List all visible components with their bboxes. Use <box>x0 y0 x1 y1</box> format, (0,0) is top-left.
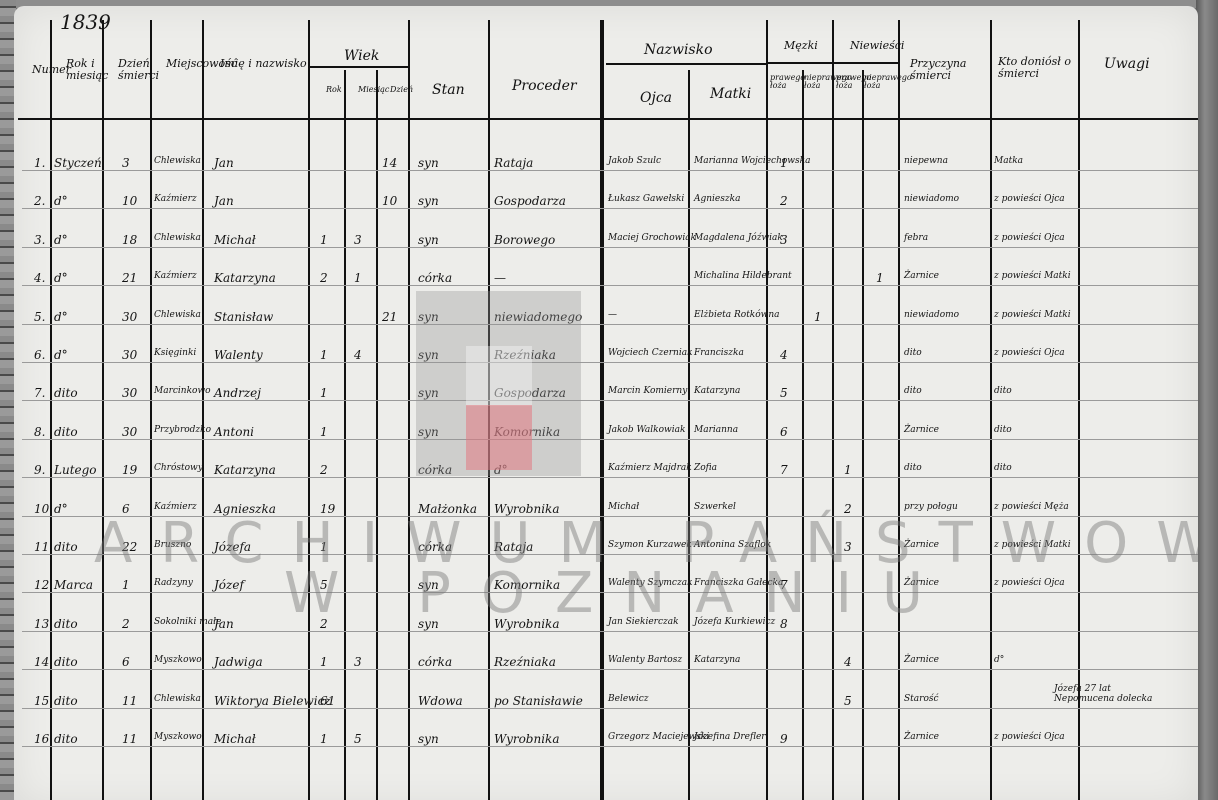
row-stan: syn <box>418 578 439 592</box>
row-month: dito <box>54 617 78 631</box>
row-month: d° <box>54 502 68 516</box>
row-stan: syn <box>418 732 439 746</box>
row-mother: Franciszka <box>694 348 744 358</box>
row-father: — <box>608 310 617 320</box>
row-age-years: 1 <box>320 386 328 400</box>
row-father: Jakob Szulc <box>608 156 661 166</box>
row-age-years: 1 <box>320 732 328 746</box>
header-niewiesci: Niewieści <box>850 40 904 52</box>
col-rule <box>802 70 804 800</box>
row-month: Styczeń <box>54 156 102 170</box>
row-month: dito <box>54 732 78 746</box>
row-male-illegit: 1 <box>814 310 822 324</box>
row-mother: Agnieszka <box>694 194 740 204</box>
row-guide-line <box>22 554 1198 555</box>
row-reporter: z powieści Matki <box>994 271 1071 281</box>
register-page: 1839 Numer Rok i miesiąc Dzień śmierci M… <box>14 6 1198 800</box>
row-day: 11 <box>122 694 137 708</box>
row-mother: Katarzyna <box>694 655 740 665</box>
row-stan: Małżonka <box>418 502 477 516</box>
row-number: 7. <box>34 386 45 400</box>
row-month: dito <box>54 386 78 400</box>
row-name: Agnieszka <box>214 502 276 516</box>
row-month: dito <box>54 425 78 439</box>
row-reporter: z powieści Ojca <box>994 194 1065 204</box>
row-month: dito <box>54 540 78 554</box>
row-age-years: 1 <box>320 233 328 247</box>
header-proceder: Proceder <box>512 80 577 92</box>
row-stan: syn <box>418 156 439 170</box>
row-age-years: 1 <box>320 540 328 554</box>
row-name: Józef <box>214 578 244 592</box>
row-guide-line <box>22 439 1198 440</box>
row-number: 10. <box>34 502 53 516</box>
binding-edge <box>1196 0 1218 800</box>
row-number: 16. <box>34 732 53 746</box>
row-guide-line <box>22 362 1198 363</box>
row-female-legit: 5 <box>844 694 852 708</box>
row-male-legit: 7 <box>780 578 788 592</box>
header-wiek-rok: Rok <box>326 86 342 94</box>
row-age-years: 5 <box>320 578 328 592</box>
row-name: Katarzyna <box>214 463 276 477</box>
row-male-legit: 5 <box>780 386 788 400</box>
row-place: Chlewiska <box>154 233 201 243</box>
row-number: 1. <box>34 156 45 170</box>
row-male-legit: 3 <box>780 233 788 247</box>
row-month: dito <box>54 655 78 669</box>
row-name: Jadwiga <box>214 655 263 669</box>
row-cause: dito <box>904 386 922 396</box>
row-place: Chlewiska <box>154 156 201 166</box>
row-guide-line <box>22 746 1198 747</box>
row-reporter: dito <box>994 463 1012 473</box>
header-numer: Numer <box>32 64 58 76</box>
header-f-prawego: prawego łoża <box>836 74 862 90</box>
row-cause: przy połogu <box>904 502 958 512</box>
row-guide-line <box>22 592 1198 593</box>
row-guide-line <box>22 170 1198 171</box>
row-place: Kaźmierz <box>154 502 197 512</box>
row-place: Myszkowo <box>154 732 202 742</box>
row-place: Chróstowy <box>154 463 203 473</box>
row-male-legit: 1 <box>780 156 788 170</box>
row-number: 6. <box>34 348 45 362</box>
header-wiek-miesiac: Miesiąc <box>358 86 389 94</box>
row-age-months: 5 <box>354 732 362 746</box>
row-cause: Żarnice <box>904 271 939 281</box>
row-father: Jan Siekierczak <box>608 617 679 627</box>
wiek-rule <box>310 66 410 68</box>
row-number: 2. <box>34 194 45 208</box>
row-proceder: Wyrobnika <box>494 732 559 746</box>
row-proceder: Borowego <box>494 233 555 247</box>
row-female-illegit: 1 <box>876 271 884 285</box>
row-proceder: Komornika <box>494 578 560 592</box>
row-day: 30 <box>122 425 137 439</box>
row-guide-line <box>22 516 1198 517</box>
row-cause: dito <box>904 348 922 358</box>
col-rule <box>766 20 768 800</box>
header-m-prawego: prawego łoża <box>770 74 802 90</box>
row-proceder: Gospodarza <box>494 194 566 208</box>
row-reporter: z powieści Ojca <box>994 233 1065 243</box>
row-guide-line <box>22 400 1198 401</box>
row-day: 10 <box>122 194 137 208</box>
row-proceder: po Stanisławie <box>494 694 583 708</box>
row-cause: Starość <box>904 694 939 704</box>
row-reporter: z powieści Ojca <box>994 348 1065 358</box>
row-mother: Zofia <box>694 463 717 473</box>
row-day: 3 <box>122 156 130 170</box>
row-age-days: 14 <box>382 156 397 170</box>
row-reporter: d° <box>994 655 1004 665</box>
header-nazwisko: Nazwisko <box>644 44 713 56</box>
row-reporter: z powieści Ojca <box>994 732 1065 742</box>
row-mother: Franciszka Gałecka <box>694 578 783 588</box>
row-guide-line <box>22 208 1198 209</box>
row-guide-line <box>22 247 1198 248</box>
highlight-region <box>466 346 532 406</box>
row-guide-line <box>22 477 1198 478</box>
row-guide-line <box>22 285 1198 286</box>
row-day: 30 <box>122 348 137 362</box>
row-stan: Wdowa <box>418 694 463 708</box>
page-gutter <box>600 20 604 800</box>
row-month: d° <box>54 194 68 208</box>
row-cause: Żarnice <box>904 578 939 588</box>
row-name: Antoni <box>214 425 254 439</box>
row-stan: córka <box>418 271 452 285</box>
col-rule <box>688 70 690 800</box>
row-month: d° <box>54 233 68 247</box>
row-father: Walenty Szymczak <box>608 578 693 588</box>
row-cause: niewiadomo <box>904 310 959 320</box>
row-male-legit: 8 <box>780 617 788 631</box>
row-number: 11. <box>34 540 53 554</box>
row-stan: córka <box>418 655 452 669</box>
row-cause: Żarnice <box>904 540 939 550</box>
row-age-years: 1 <box>320 425 328 439</box>
col-rule <box>862 70 864 800</box>
col-rule <box>102 20 104 800</box>
row-name: Wiktorya Bielewicz <box>214 694 331 708</box>
header-stan: Stan <box>432 84 465 96</box>
row-reporter: z powieści Ojca <box>994 578 1065 588</box>
row-father: Łukasz Gawełski <box>608 194 684 204</box>
row-cause: niewiadomo <box>904 194 959 204</box>
row-age-years: 19 <box>320 502 335 516</box>
row-day: 22 <box>122 540 137 554</box>
row-stan: syn <box>418 194 439 208</box>
row-day: 21 <box>122 271 137 285</box>
row-age-years: 2 <box>320 271 328 285</box>
col-rule <box>376 70 378 800</box>
row-number: 5. <box>34 310 45 324</box>
row-male-legit: 4 <box>780 348 788 362</box>
row-name: Michał <box>214 732 256 746</box>
row-number: 12. <box>34 578 53 592</box>
death-register-table: 1839 Numer Rok i miesiąc Dzień śmierci M… <box>14 6 1198 800</box>
row-age-years: 61 <box>320 694 335 708</box>
row-place: Księginki <box>154 348 196 358</box>
row-age-months: 3 <box>354 655 362 669</box>
row-father: Kaźmierz Majdrak <box>608 463 692 473</box>
header-ojca: Ojca <box>640 92 672 104</box>
row-day: 6 <box>122 655 130 669</box>
col-rule <box>408 20 410 800</box>
row-reporter: z powieści Matki <box>994 540 1071 550</box>
row-guide-line <box>22 324 1198 325</box>
row-name: Jan <box>214 194 234 208</box>
col-rule <box>308 20 310 800</box>
row-female-legit: 4 <box>844 655 852 669</box>
row-place: Bruszno <box>154 540 191 550</box>
header-rok-miesiac: Rok i miesiąc <box>66 58 112 82</box>
row-name: Jan <box>214 156 234 170</box>
row-reporter: Matka <box>994 156 1023 166</box>
row-name: Józefa <box>214 540 251 554</box>
row-father: Marcin Komierny <box>608 386 687 396</box>
row-male-legit: 6 <box>780 425 788 439</box>
row-mother: Marianna <box>694 425 738 435</box>
row-mother: Marianna Wojciechowska <box>694 156 810 166</box>
row-number: 14. <box>34 655 53 669</box>
header-uwagi: Uwagi <box>1104 58 1150 70</box>
row-cause: niepewna <box>904 156 948 166</box>
row-mother: Józefina Drefler <box>694 732 766 742</box>
row-father: Maciej Grochowiak <box>608 233 696 243</box>
header-miejscowosc: Miejscowość <box>166 58 214 70</box>
row-mother: Józefa Kurkiewicz <box>694 617 775 627</box>
row-number: 8. <box>34 425 45 439</box>
row-age-months: 4 <box>354 348 362 362</box>
header-f-nieprawego: nieprawego łoża <box>864 74 898 90</box>
row-father: Wojciech Czerniak <box>608 348 693 358</box>
row-number: 13. <box>34 617 53 631</box>
row-female-legit: 2 <box>844 502 852 516</box>
row-proceder: Rataja <box>494 156 533 170</box>
row-stan: syn <box>418 233 439 247</box>
row-day: 2 <box>122 617 130 631</box>
row-cause: Żarnice <box>904 425 939 435</box>
row-day: 6 <box>122 502 130 516</box>
row-month: Lutego <box>54 463 97 477</box>
row-month: d° <box>54 310 68 324</box>
row-place: Sokolniki małe <box>154 617 221 627</box>
header-m-nieprawego: nieprawego łoża <box>804 74 834 90</box>
row-father: Belewicz <box>608 694 649 704</box>
row-male-legit: 9 <box>780 732 788 746</box>
row-proceder: Rzeźniaka <box>494 655 556 669</box>
row-male-legit: 2 <box>780 194 788 208</box>
header-bottom-rule <box>18 118 1198 120</box>
row-stan: syn <box>418 617 439 631</box>
row-proceder: Rataja <box>494 540 533 554</box>
row-age-months: 3 <box>354 233 362 247</box>
row-mother: Katarzyna <box>694 386 740 396</box>
row-day: 18 <box>122 233 137 247</box>
col-rule <box>990 20 992 800</box>
row-age-years: 2 <box>320 617 328 631</box>
row-cause: Żarnice <box>904 655 939 665</box>
row-proceder: Wyrobnika <box>494 502 559 516</box>
header-dzien-smierci: Dzień śmierci <box>118 58 158 82</box>
row-cause: dito <box>904 463 922 473</box>
col-rule <box>202 20 204 800</box>
row-mother: Elżbieta Rotkówna <box>694 310 780 320</box>
row-mother: Antonina Szaflok <box>694 540 771 550</box>
row-father: Szymon Kurzawek <box>608 540 692 550</box>
row-place: Kaźmierz <box>154 271 197 281</box>
row-age-years: 1 <box>320 655 328 669</box>
row-number: 15. <box>34 694 53 708</box>
row-place: Przybrodzko <box>154 425 211 435</box>
header-kto-doniosl: Kto doniósł o śmierci <box>998 56 1088 80</box>
row-proceder: — <box>494 271 506 285</box>
row-month: Marca <box>54 578 93 592</box>
row-place: Chlewiska <box>154 694 201 704</box>
row-age-days: 10 <box>382 194 397 208</box>
row-reporter: dito <box>994 386 1012 396</box>
col-rule <box>898 20 900 800</box>
row-month: d° <box>54 348 68 362</box>
highlight-marker <box>466 405 532 470</box>
row-name: Katarzyna <box>214 271 276 285</box>
row-name: Michał <box>214 233 256 247</box>
header-wiek: Wiek <box>344 50 379 62</box>
row-female-legit: 1 <box>844 463 852 477</box>
row-place: Kaźmierz <box>154 194 197 204</box>
row-name: Walenty <box>214 348 263 362</box>
row-day: 30 <box>122 310 137 324</box>
row-number: 9. <box>34 463 45 477</box>
row-age-months: 1 <box>354 271 362 285</box>
row-month: dito <box>54 694 78 708</box>
row-notes: Józefa 27 lat Nepomucena dolecka <box>1054 684 1172 704</box>
header-matki: Matki <box>710 88 751 100</box>
row-age-days: 21 <box>382 310 397 324</box>
row-female-legit: 3 <box>844 540 852 554</box>
row-age-years: 1 <box>320 348 328 362</box>
row-age-years: 2 <box>320 463 328 477</box>
row-day: 19 <box>122 463 137 477</box>
col-rule <box>150 20 152 800</box>
row-guide-line <box>22 708 1198 709</box>
header-przyczyna: Przyczyna śmierci <box>910 58 990 82</box>
row-guide-line <box>22 669 1198 670</box>
row-guide-line <box>22 631 1198 632</box>
row-name: Stanisław <box>214 310 273 324</box>
row-place: Marcinkowo <box>154 386 211 396</box>
row-mother: Magdalena Jóźwiak <box>694 233 783 243</box>
row-proceder: Wyrobnika <box>494 617 559 631</box>
col-rule <box>50 20 52 800</box>
row-father: Walenty Bartosz <box>608 655 682 665</box>
row-name: Andrzej <box>214 386 261 400</box>
nazwisko-rule <box>606 63 766 65</box>
row-reporter: dito <box>994 425 1012 435</box>
row-day: 11 <box>122 732 137 746</box>
row-day: 30 <box>122 386 137 400</box>
row-male-legit: 7 <box>780 463 788 477</box>
row-mother: Michalina Hildebrant <box>694 271 792 281</box>
row-day: 1 <box>122 578 130 592</box>
row-place: Radzyny <box>154 578 193 588</box>
col-rule <box>832 20 834 800</box>
row-father: Jakob Walkowiak <box>608 425 685 435</box>
row-place: Myszkowo <box>154 655 202 665</box>
header-mezczyzni: Męzki <box>784 40 818 52</box>
row-name: Jan <box>214 617 234 631</box>
row-father: Michał <box>608 502 639 512</box>
row-reporter: z powieści Męża <box>994 502 1069 512</box>
row-cause: febra <box>904 233 928 243</box>
col-rule <box>344 70 346 800</box>
row-reporter: z powieści Matki <box>994 310 1071 320</box>
row-stan: córka <box>418 540 452 554</box>
row-mother: Szwerkel <box>694 502 736 512</box>
row-number: 4. <box>34 271 45 285</box>
row-cause: Żarnice <box>904 732 939 742</box>
row-number: 3. <box>34 233 45 247</box>
row-place: Chlewiska <box>154 310 201 320</box>
row-month: d° <box>54 271 68 285</box>
header-imie-nazwisko: Imię i nazwisko <box>220 58 316 70</box>
